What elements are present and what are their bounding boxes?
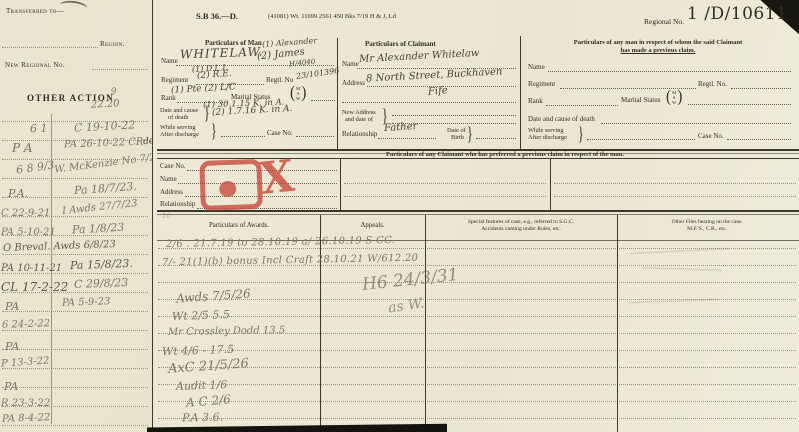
margin-entry: 9: [111, 87, 118, 97]
close-paren-glyph: ): [677, 88, 682, 108]
dotted-rule: [554, 195, 796, 197]
other-files-header-2: M.F.'S., C.R., etc.: [619, 226, 795, 232]
previous-man-marital-options: (M S W): [666, 89, 682, 106]
new-regional-no-label: New Regional No.: [5, 61, 65, 69]
previous-man-rank-label: Rank: [528, 97, 543, 105]
special-features-header-2: Accidents coming under Rules, etc.: [427, 226, 615, 232]
corner-pencil-note: 10: [162, 212, 171, 220]
dotted-rule: [587, 138, 695, 140]
margin-entry: PA 10-11-21: [1, 263, 62, 274]
previous-man-regiment-label: Regiment: [528, 80, 555, 88]
claimant-new-address-label-2: and date of: [345, 116, 373, 123]
margin-entry: O Breval. Awds 6/8/23: [3, 239, 116, 254]
margin-rule: [2, 424, 148, 426]
margin-entry: P A: [12, 141, 33, 155]
regional-no-value: 1 /D/10611: [687, 4, 787, 24]
stamp-blob: [219, 181, 237, 198]
brace-glyph: }: [211, 120, 217, 144]
dotted-rule: [727, 138, 791, 140]
close-paren-glyph: ): [301, 84, 306, 104]
dotted-rule: [554, 182, 796, 184]
previous-man-name-label: Name: [528, 63, 545, 71]
margin-entry: PA 5-9-23: [62, 296, 111, 309]
margin-rule: [2, 348, 148, 350]
award-entry: Wt 2/5 5.5: [172, 308, 230, 323]
red-examiner-stamp: X: [197, 153, 317, 209]
previous-man-after-discharge-label: After discharge: [528, 134, 567, 141]
marital-msw: M S W: [672, 90, 676, 105]
region-label: Region.: [100, 40, 125, 48]
dotted-rule: [2, 46, 98, 48]
dotted-rule: [378, 137, 436, 139]
brace-glyph: }: [467, 123, 473, 147]
man-after-discharge-label: After discharge: [160, 131, 199, 138]
band-address-label: Address: [160, 188, 183, 196]
previous-man-death-label: Date and cause of death: [528, 115, 595, 123]
dotted-rule: [221, 135, 265, 137]
dotted-rule: [344, 195, 546, 197]
claimant-relationship-label: Relationship: [342, 130, 377, 138]
margin-rule: [2, 310, 148, 312]
margin-entry: Pa 18/7/23.: [74, 180, 138, 197]
band-rule: [157, 210, 799, 212]
band-relationship-label: Relationship: [160, 200, 195, 208]
margin-entry: 22.20: [91, 98, 120, 110]
margin-entry: P.A.: [8, 187, 28, 200]
margin-entry: PA 5-10-21: [1, 227, 56, 238]
form-code: S.B 36.—D.: [196, 11, 238, 21]
brace-glyph: }: [578, 123, 584, 147]
dotted-rule: [342, 101, 516, 103]
margin-entry: 6 8 9/3: [15, 158, 55, 176]
stamp-o-glyph: [199, 159, 263, 211]
claimant-address-label: Address: [342, 79, 365, 87]
margin-entry: PA: [5, 340, 19, 353]
man-death-label-2: of death: [168, 114, 188, 121]
dotted-rule: [546, 104, 618, 106]
band-divider: [550, 158, 551, 211]
margin-entry: PA 26-10-22 CR: [64, 137, 144, 151]
pension-record-card-scan: Transferred to— Region. New Regional No.…: [0, 0, 799, 432]
man-death-label-1: Date and cause: [160, 107, 198, 114]
margin-entry: W. McKenzie No 7/23: [54, 151, 163, 175]
table-rule: [158, 349, 796, 351]
other-files-header-1: Other Files bearing on the case.: [619, 219, 795, 225]
dotted-rule: [92, 68, 148, 70]
man-case-no-label: Case No.: [267, 129, 293, 137]
claimant-section-title: Particulars of Claimant: [365, 40, 436, 48]
margin-entry: CL 17-2-22: [1, 280, 68, 294]
award-entry: P.A 3.6.: [182, 411, 223, 425]
margin-rule: [2, 253, 148, 255]
band-rule: [157, 214, 799, 215]
awards-col-header: Particulars of Awards.: [159, 222, 319, 229]
margin-entry: Pa 15/8/23.: [70, 257, 133, 272]
dotted-rule: [548, 70, 791, 72]
special-features-header-1: Special features of case, e.g., referred…: [427, 219, 615, 225]
claimant-relationship-handwritten: Father: [384, 121, 418, 134]
claimant-dob-label-2: Birth: [451, 134, 464, 141]
band-name-label: Name: [160, 175, 177, 183]
margin-entry: 6 24-2-22: [2, 318, 50, 331]
claimant-address2-handwritten: Fife: [428, 85, 449, 98]
previous-man-case-no-label: Case No.: [698, 132, 724, 140]
margin-entry: PA: [5, 300, 19, 313]
margin-entry: R 23-3-22: [1, 398, 50, 409]
section-divider: [520, 36, 521, 150]
card-left-border: [152, 0, 153, 432]
dotted-rule: [731, 87, 791, 89]
appeals-col-header: Appeals.: [320, 222, 425, 229]
dotted-rule: [688, 103, 791, 105]
table-rule: [158, 315, 796, 317]
dotted-rule: [392, 114, 516, 116]
margin-entry: Pa 1/8/23: [72, 221, 125, 237]
margin-entry: PA 8-4-22: [2, 412, 51, 425]
man-marital-options: (M S W): [290, 85, 306, 102]
previous-man-while-serving-label: While serving: [528, 127, 564, 134]
open-paren-glyph: (: [666, 88, 671, 108]
table-rule: [158, 417, 796, 419]
regional-no-label: Regional No.: [644, 17, 684, 26]
dotted-rule: [311, 99, 335, 101]
previous-claimant-title: Particulars of any Claimant who has pref…: [290, 151, 720, 158]
award-entry: Wt 4/6 - 17.5: [162, 343, 235, 359]
margin-rule: [2, 177, 148, 179]
claimant-dob-label-1: Date of: [447, 127, 466, 134]
transferred-to-label: Transferred to—: [6, 7, 64, 15]
marital-msw: M S W: [296, 86, 300, 101]
claimant-new-address-label-1: New Address: [342, 109, 376, 116]
margin-entry: 6 1: [30, 122, 48, 136]
band-case-no-label: Case No.: [160, 162, 186, 170]
table-rule: [158, 366, 796, 368]
section-divider: [337, 38, 338, 150]
man-name-handwritten: WHITELAW.: [180, 45, 264, 62]
stamp-x-glyph: X: [257, 151, 296, 205]
band-divider: [340, 158, 341, 211]
previous-man-title-2: has made a previous claim.: [524, 47, 792, 54]
print-references: (41081) Wt. 11699 2561 450 Bks 7/19 H & …: [268, 13, 396, 20]
previous-man-marital-label: Marital Status: [621, 96, 660, 104]
previous-man-regtl-no-label: Regtl. No.: [698, 80, 727, 88]
open-paren-glyph: (: [290, 84, 295, 104]
dotted-rule: [296, 135, 334, 137]
margin-entry: PA: [4, 380, 18, 393]
table-rule: [158, 281, 796, 283]
dotted-rule: [344, 182, 546, 184]
dotted-rule: [476, 137, 516, 139]
margin-rule: [2, 386, 148, 388]
table-rule: [158, 383, 796, 385]
dotted-rule: [601, 122, 791, 124]
previous-man-title-1: Particulars of any man in respect of who…: [524, 39, 792, 46]
margin-entry: C 29/8/23: [74, 276, 129, 291]
man-while-serving-label: While serving: [160, 124, 196, 131]
table-rule: [158, 400, 796, 402]
award-entry: Mr Crossley Dodd 13.5: [168, 325, 285, 338]
award-entry: Audit 1/6: [176, 378, 228, 393]
brace-glyph: }: [204, 102, 210, 126]
margin-entry: C 19-10-22: [74, 118, 136, 134]
margin-entry: C 22-9-21: [1, 208, 50, 219]
man-regiment-label: Regiment: [161, 76, 188, 84]
